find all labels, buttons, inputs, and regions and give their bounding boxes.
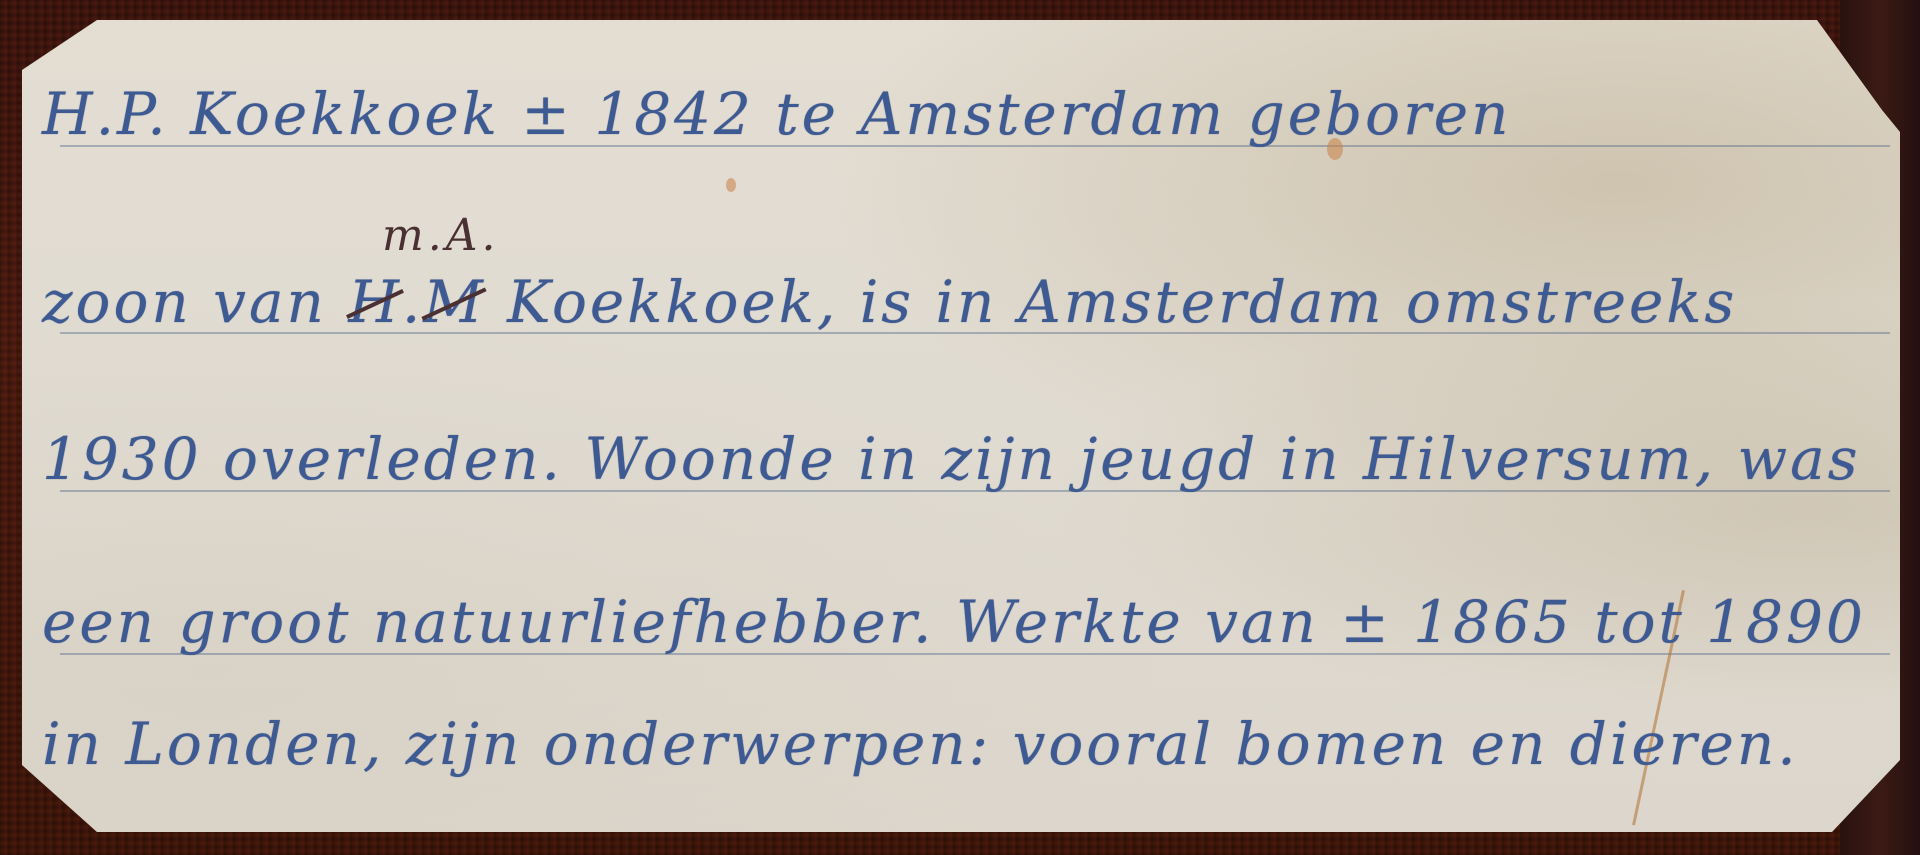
handwritten-line-3: 1930 overleden. Woonde in zijn jeugd in … xyxy=(42,425,1860,493)
handwritten-line-5: in Londen, zijn onderwerpen: vooral bome… xyxy=(42,710,1799,778)
handwritten-line-1: H.P. Koekkoek ± 1842 te Amsterdam gebore… xyxy=(42,80,1512,148)
handwritten-line-2: zoon van H.M Koekkoek, is in Amsterdam o… xyxy=(42,268,1737,336)
line-2-prefix: zoon van xyxy=(42,268,348,336)
correction-annotation: m.A. xyxy=(382,210,499,261)
struck-initial: M xyxy=(423,268,485,336)
line-2-separator: . xyxy=(402,268,423,336)
handwritten-line-4: een groot natuurliefhebber. Werkte van ±… xyxy=(42,588,1866,656)
paper-card: H.P. Koekkoek ± 1842 te Amsterdam gebore… xyxy=(22,20,1900,832)
foxing-stain xyxy=(726,178,736,192)
struck-initial: H xyxy=(348,268,402,336)
line-2-suffix: Koekkoek, is in Amsterdam omstreeks xyxy=(486,268,1738,336)
